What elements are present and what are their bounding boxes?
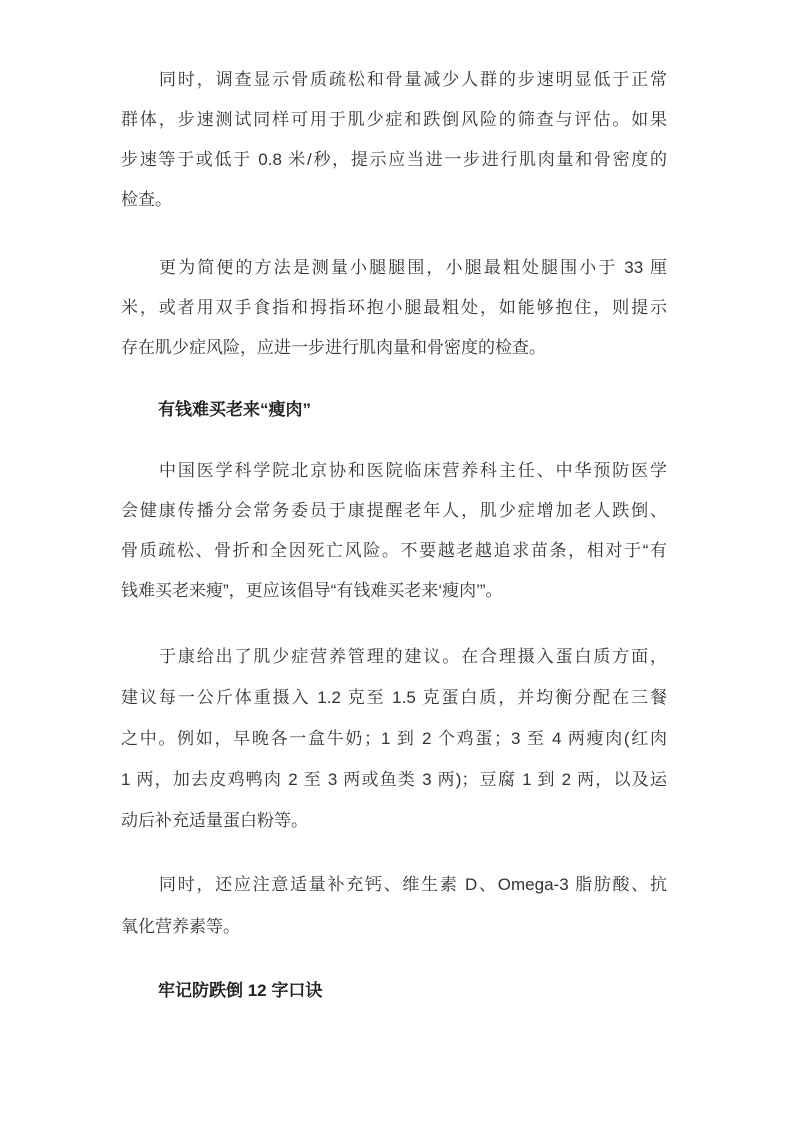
paragraph-line: 钱难买老来瘦”，更应该倡导“有钱难买老来‘瘦肉’”。 bbox=[121, 571, 667, 611]
paragraph-line: 检查。 bbox=[121, 180, 667, 220]
paragraph-line: 1 两，加去皮鸡鸭肉 2 至 3 两或鱼类 3 两)；豆腐 1 到 2 两，以及… bbox=[121, 759, 667, 800]
paragraph-protein-intake: 于康给出了肌少症营养管理的建议。在合理摄入蛋白质方面， 建议每一公斤体重摄入 1… bbox=[121, 636, 667, 841]
paragraph-line: 更为简便的方法是测量小腿腿围，小腿最粗处腿围小于 33 厘 bbox=[121, 248, 667, 288]
paragraph-line: 建议每一公斤体重摄入 1.2 克至 1.5 克蛋白质，并均衡分配在三餐 bbox=[121, 677, 667, 718]
paragraph-line: 同时，调查显示骨质疏松和骨量减少人群的步速明显低于正常 bbox=[121, 60, 667, 100]
paragraph-line: 米，或者用双手食指和拇指环抱小腿最粗处，如能够抱住，则提示 bbox=[121, 288, 667, 328]
paragraph-line: 同时，还应注意适量补充钙、维生素 D、Omega-3 脂肪酸、抗 bbox=[121, 864, 667, 906]
paragraph-line: 骨质疏松、骨折和全因死亡风险。不要越老越追求苗条，相对于“有 bbox=[121, 531, 667, 571]
paragraph-line: 动后补充适量蛋白粉等。 bbox=[121, 800, 667, 841]
paragraph-line: 之中。例如，早晚各一盒牛奶；1 到 2 个鸡蛋；3 至 4 两瘦肉(红肉 bbox=[121, 718, 667, 759]
paragraph-line: 存在肌少症风险，应进一步进行肌肉量和骨密度的检查。 bbox=[121, 328, 667, 368]
section-heading-fall-prevention: 牢记防跌倒 12 字口诀 bbox=[121, 971, 704, 1011]
paragraph-gait-speed: 同时，调查显示骨质疏松和骨量减少人群的步速明显低于正常 群体，步速测试同样可用于… bbox=[121, 60, 667, 220]
paragraph-line: 群体，步速测试同样可用于肌少症和跌倒风险的筛查与评估。如果 bbox=[121, 100, 667, 140]
paragraph-expert-advice: 中国医学科学院北京协和医院临床营养科主任、中华预防医学 会健康传播分会常务委员于… bbox=[121, 451, 667, 611]
paragraph-line: 会健康传播分会常务委员于康提醒老年人，肌少症增加老人跌倒、 bbox=[121, 491, 667, 531]
paragraph-line: 步速等于或低于 0.8 米/秒，提示应当进一步进行肌肉量和骨密度的 bbox=[121, 140, 667, 180]
paragraph-line: 中国医学科学院北京协和医院临床营养科主任、中华预防医学 bbox=[121, 451, 667, 491]
section-heading-lean-meat: 有钱难买老来“瘦肉” bbox=[121, 390, 704, 430]
paragraph-line: 氧化营养素等。 bbox=[121, 906, 667, 948]
paragraph-supplements: 同时，还应注意适量补充钙、维生素 D、Omega-3 脂肪酸、抗 氧化营养素等。 bbox=[121, 864, 667, 948]
document-page: 同时，调查显示骨质疏松和骨量减少人群的步速明显低于正常 群体，步速测试同样可用于… bbox=[0, 0, 793, 1122]
paragraph-calf-circumference: 更为简便的方法是测量小腿腿围，小腿最粗处腿围小于 33 厘 米，或者用双手食指和… bbox=[121, 248, 667, 368]
paragraph-line: 于康给出了肌少症营养管理的建议。在合理摄入蛋白质方面， bbox=[121, 636, 667, 677]
